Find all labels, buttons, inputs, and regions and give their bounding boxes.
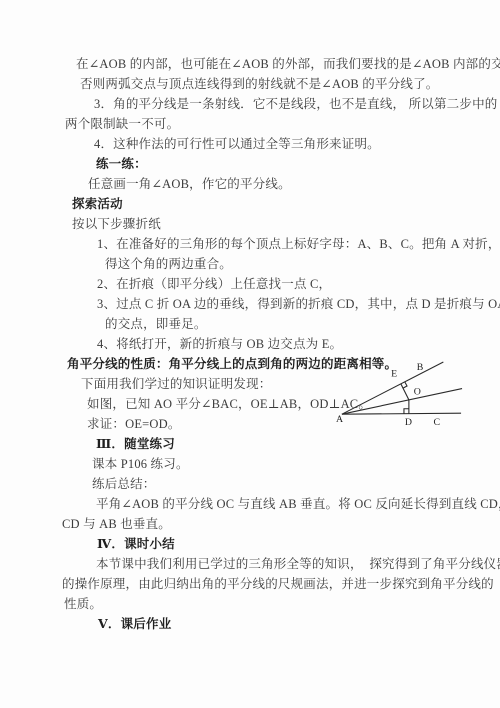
- post-practice-summary-label: 练后总结：: [62, 474, 482, 494]
- angle-bisector-figure: A B C D E O: [336, 359, 466, 428]
- practice-heading: 练一练：: [62, 154, 482, 174]
- note-item-3-continuation: 两个限制缺一不可。: [62, 114, 482, 134]
- section-heading-homework: Ⅴ．课后作业: [62, 614, 482, 634]
- geometry-diagram: A B C D E O: [336, 359, 466, 428]
- folding-step-4: 4、将纸打开，新的折痕与 OB 边交点为 E。: [62, 334, 482, 354]
- section-heading-lesson-summary: Ⅳ．课时小结: [62, 534, 482, 554]
- note-item-4: 4．这种作法的可行性可以通过全等三角形来证明。: [62, 134, 482, 154]
- figure-bisector-AO: [342, 389, 462, 415]
- folding-step-3-continuation: 的交点，即垂足。: [62, 314, 482, 334]
- summary-paragraph-line: 平角∠AOB 的平分线 OC 与直线 AB 垂直。将 OC 反向延长得到直线 C…: [62, 494, 482, 514]
- note-item-3: 3．角的平分线是一条射线．它不是线段，也不是直线， 所以第二步中的: [62, 94, 482, 114]
- figure-label-D: D: [405, 417, 412, 428]
- figure-label-C: C: [434, 417, 441, 428]
- practice-task-text: 任意画一角∠AOB，作它的平分线。: [62, 174, 482, 194]
- paragraph-continuation-line: 在∠AOB 的内部，也可能在∠AOB 的外部，而我们要找的是∠AOB 内部的交点…: [62, 54, 482, 74]
- lesson-summary-paragraph-line: 本节课中我们利用已学过的三角形全等的知识， 探究得到了角平分线仪器: [62, 554, 482, 574]
- figure-label-E: E: [391, 369, 397, 380]
- folding-step-2: 2、在折痕（即平分线）上任意找一点 C，: [62, 274, 482, 294]
- summary-paragraph-line: CD 与 AB 也垂直。: [62, 514, 482, 534]
- folding-step-3: 3、过点 C 折 OA 边的垂线，得到新的折痕 CD，其中，点 D 是折痕与 O…: [62, 294, 482, 314]
- lesson-summary-paragraph-line: 性质。: [62, 594, 482, 614]
- scanned-lesson-plan-page: { "page": { "background": "#fdfdfd", "te…: [0, 0, 500, 708]
- folding-step-1-continuation: 得这个角的两边重合。: [62, 254, 482, 274]
- section-heading-random-practice: Ⅲ．随堂练习: [62, 434, 482, 454]
- textbook-exercise-reference: 课本 P106 练习。: [62, 454, 482, 474]
- folding-step-1: 1、在准备好的三角形的每个顶点上标好字母：A、B、C。把角 A 对折，使: [62, 234, 482, 254]
- exploration-activity-heading: 探索活动: [62, 194, 482, 214]
- figure-label-A: A: [336, 414, 344, 425]
- figure-label-B: B: [417, 362, 424, 373]
- figure-right-angle-mark-D: [404, 409, 409, 414]
- figure-ray-AC: [342, 413, 461, 414]
- paper-folding-instruction: 按以下步骤折纸: [62, 214, 482, 234]
- lesson-summary-paragraph-line: 的操作原理，由此归纳出角的平分线的尺规画法，并进一步探究到角平分线的: [62, 574, 482, 594]
- paragraph-continuation-line: 否则两弧交点与顶点连线得到的射线就不是∠AOB 的平分线了。: [62, 74, 482, 94]
- figure-label-O: O: [414, 386, 421, 397]
- document-body: 在∠AOB 的内部，也可能在∠AOB 的外部，而我们要找的是∠AOB 内部的交点…: [62, 54, 482, 634]
